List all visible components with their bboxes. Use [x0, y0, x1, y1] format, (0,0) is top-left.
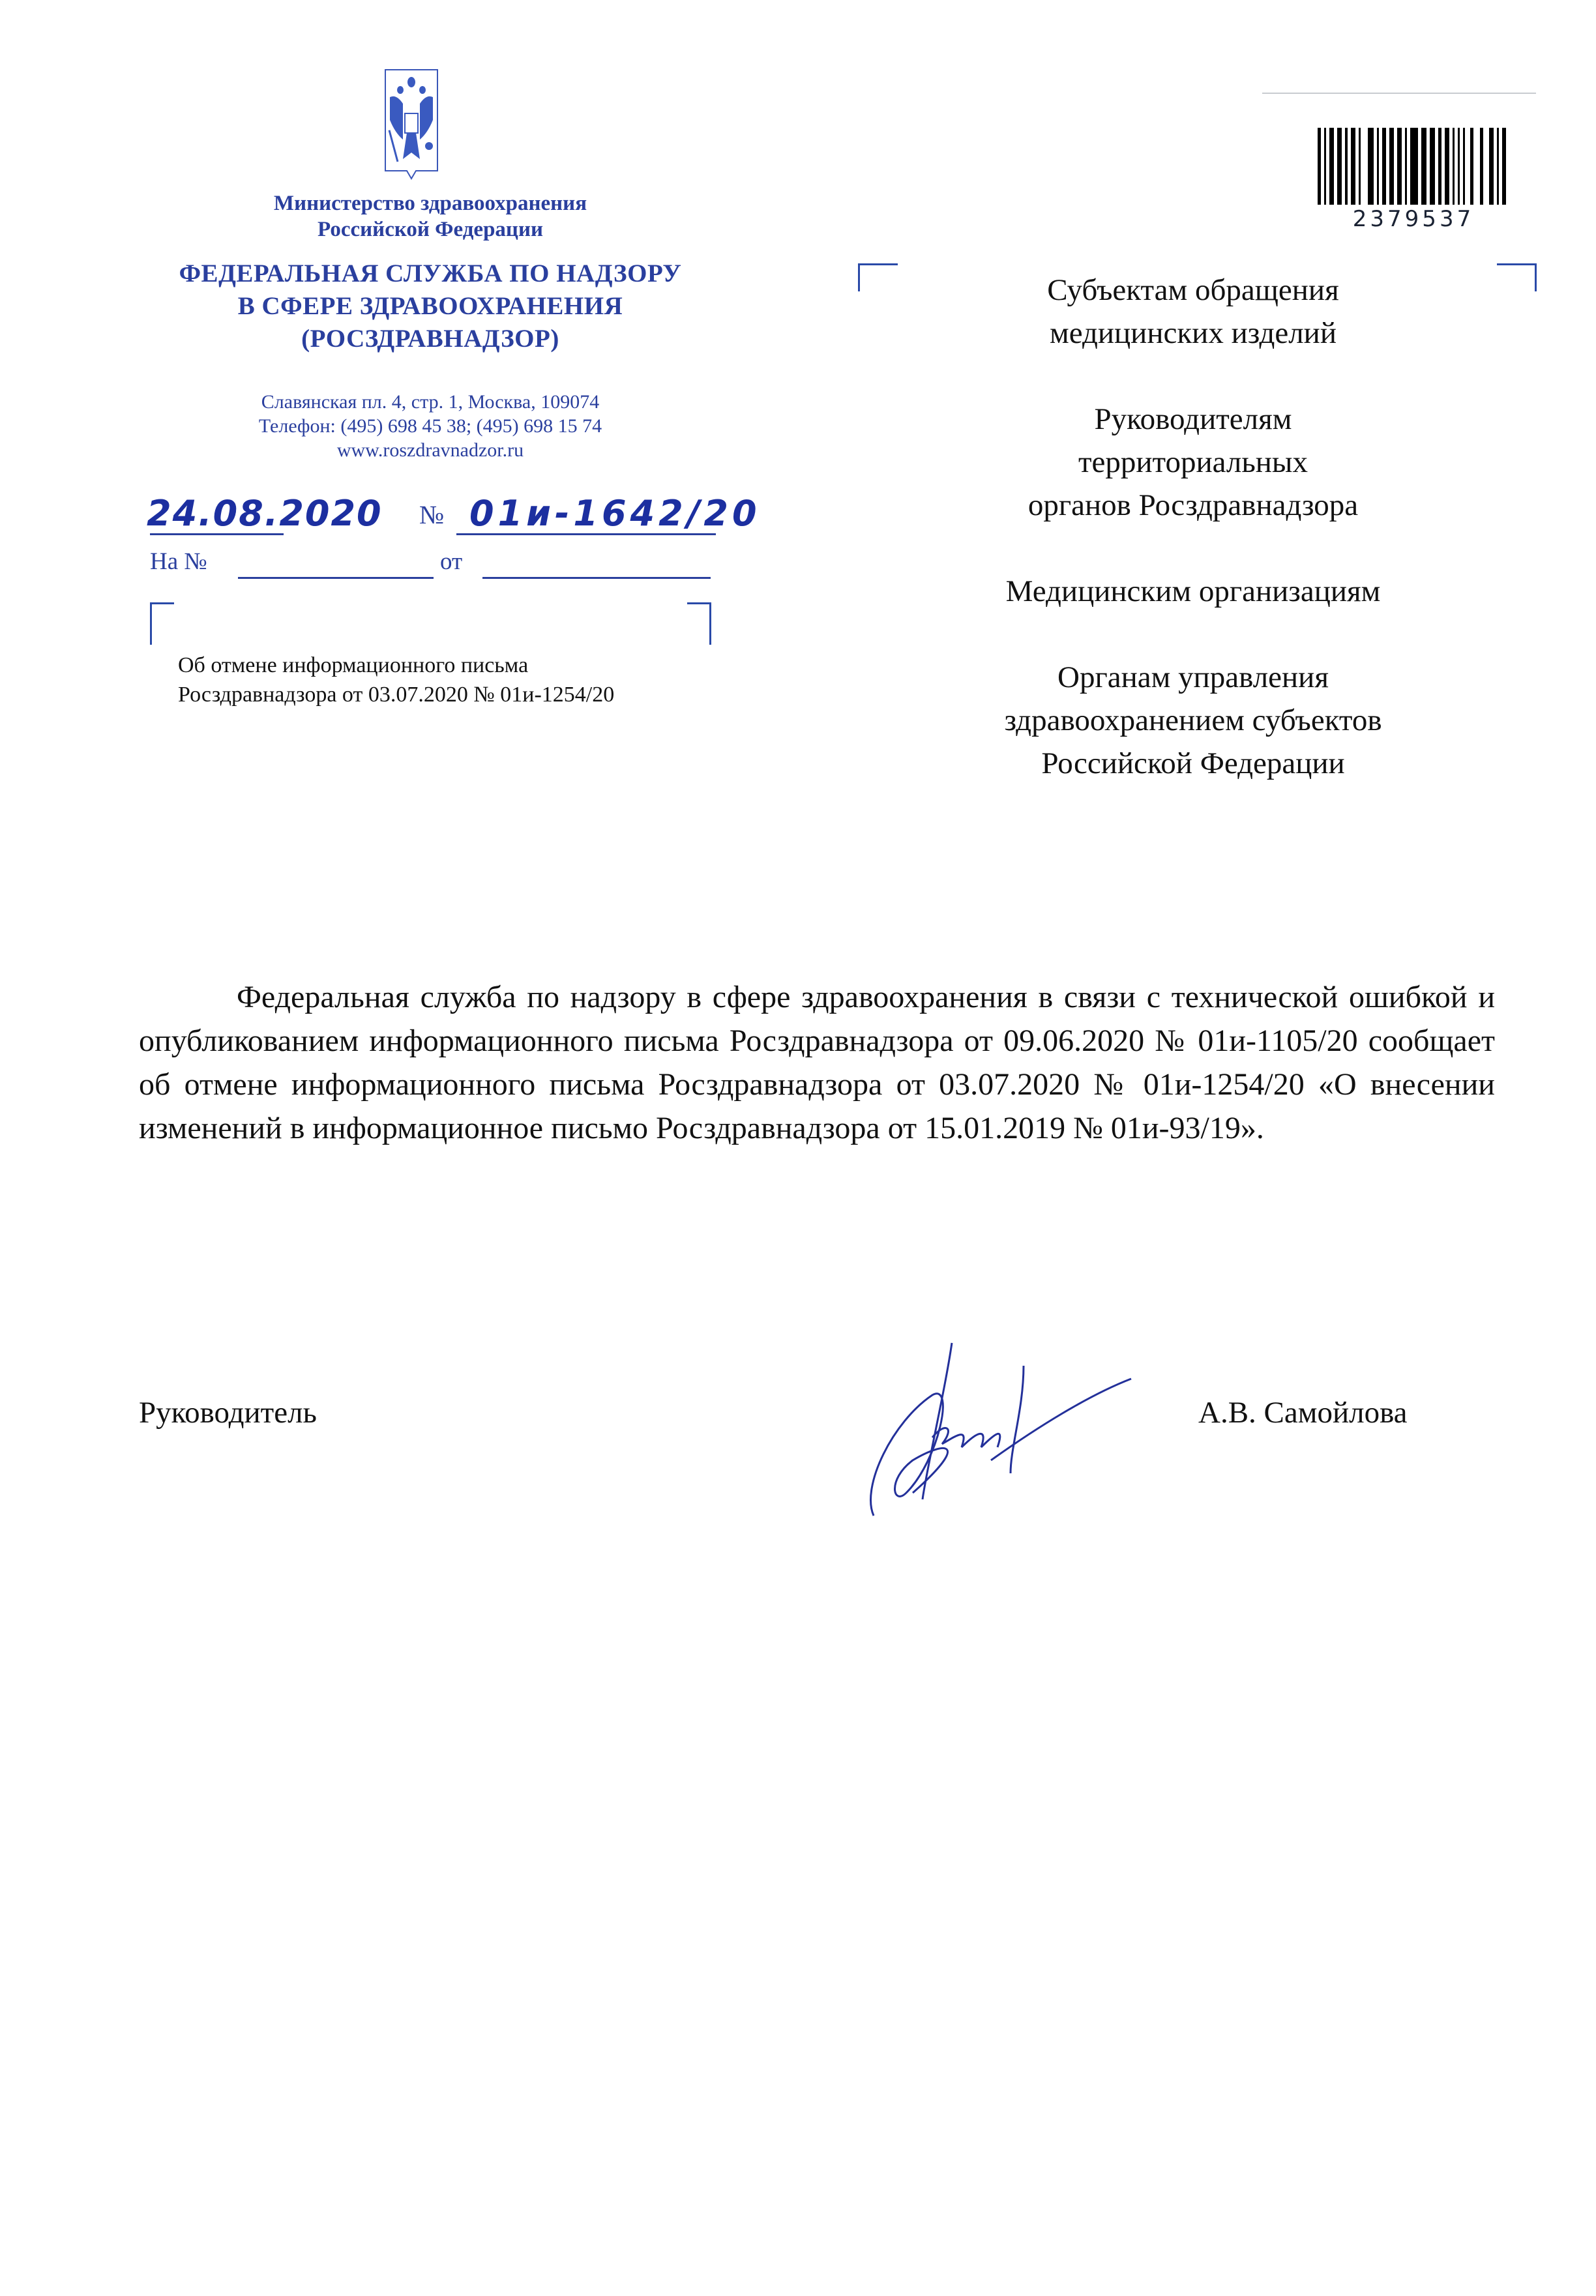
addressee-item: Органам управления здравоохранением субъ…	[900, 656, 1486, 785]
addressee-line: Органам управления	[900, 656, 1486, 699]
signer-title: Руководитель	[139, 1395, 317, 1430]
reply-number-blank	[238, 577, 434, 579]
date-underline	[150, 533, 284, 535]
barcode-number: 2379537	[1318, 206, 1509, 232]
addressee-item: Субъектам обращения медицинских изделий	[900, 269, 1486, 355]
subject-bracket-left	[150, 602, 174, 645]
addressee-list: Субъектам обращения медицинских изделий …	[900, 269, 1486, 828]
addressee-line: Российской Федерации	[900, 742, 1486, 785]
addressee-item: Медицинским организациям	[900, 570, 1486, 613]
reply-date-blank	[482, 577, 711, 579]
registration-number: 01и-1642/20	[469, 493, 761, 534]
addressee-line: территориальных	[900, 441, 1486, 484]
coat-of-arms-icon	[383, 68, 439, 198]
ministry-line-2: Российской Федерации	[170, 216, 691, 243]
reply-reference-line: На № от	[150, 548, 737, 587]
signer-name: А.В. Самойлова	[1198, 1395, 1408, 1430]
letter-body: Федеральная служба по надзору в сфере зд…	[139, 975, 1495, 1150]
contact-block: Славянская пл. 4, стр. 1, Москва, 109074…	[163, 390, 698, 462]
ministry-name: Министерство здравоохранения Российской …	[170, 190, 691, 243]
subject-bracket-right	[687, 602, 711, 645]
addressee-line: органов Росздравнадзора	[900, 484, 1486, 527]
reply-to-label: На №	[150, 548, 207, 576]
addressee-bracket-right	[1497, 263, 1537, 291]
phone: Телефон: (495) 698 45 38; (495) 698 15 7…	[163, 414, 698, 438]
registration-line: 24.08.2020 № 01и-1642/20	[140, 493, 857, 538]
address: Славянская пл. 4, стр. 1, Москва, 109074	[163, 390, 698, 414]
service-name: ФЕДЕРАЛЬНАЯ СЛУЖБА ПО НАДЗОРУ В СФЕРЕ ЗД…	[124, 258, 737, 355]
number-underline	[456, 533, 716, 535]
handwritten-signature-icon	[815, 1330, 1206, 1525]
registration-date: 24.08.2020	[147, 493, 383, 534]
service-line-1: ФЕДЕРАЛЬНАЯ СЛУЖБА ПО НАДЗОРУ	[124, 258, 737, 290]
addressee-line: Руководителям	[900, 398, 1486, 441]
service-line-3: (РОСЗДРАВНАДЗОР)	[124, 323, 737, 355]
addressee-line: Субъектам обращения	[900, 269, 1486, 312]
addressee-item: Руководителям территориальных органов Ро…	[900, 398, 1486, 527]
barcode-icon	[1318, 128, 1509, 205]
addressee-bracket-left	[858, 263, 898, 291]
addressee-line: здравоохранением субъектов	[900, 699, 1486, 742]
top-rule	[1262, 93, 1536, 94]
subject: Об отмене информационного письма Росздра…	[178, 651, 765, 709]
addressee-line: Медицинским организациям	[900, 570, 1486, 613]
subject-line-2: Росздравнадзора от 03.07.2020 № 01и-1254…	[178, 680, 765, 709]
service-line-2: В СФЕРЕ ЗДРАВООХРАНЕНИЯ	[124, 290, 737, 323]
addressee-line: медицинских изделий	[900, 312, 1486, 355]
ministry-line-1: Министерство здравоохранения	[170, 190, 691, 216]
number-label: №	[419, 499, 444, 530]
reply-from-label: от	[440, 548, 462, 576]
website: www.roszdravnadzor.ru	[163, 438, 698, 462]
subject-line-1: Об отмене информационного письма	[178, 651, 765, 680]
body-paragraph: Федеральная служба по надзору в сфере зд…	[139, 975, 1495, 1150]
